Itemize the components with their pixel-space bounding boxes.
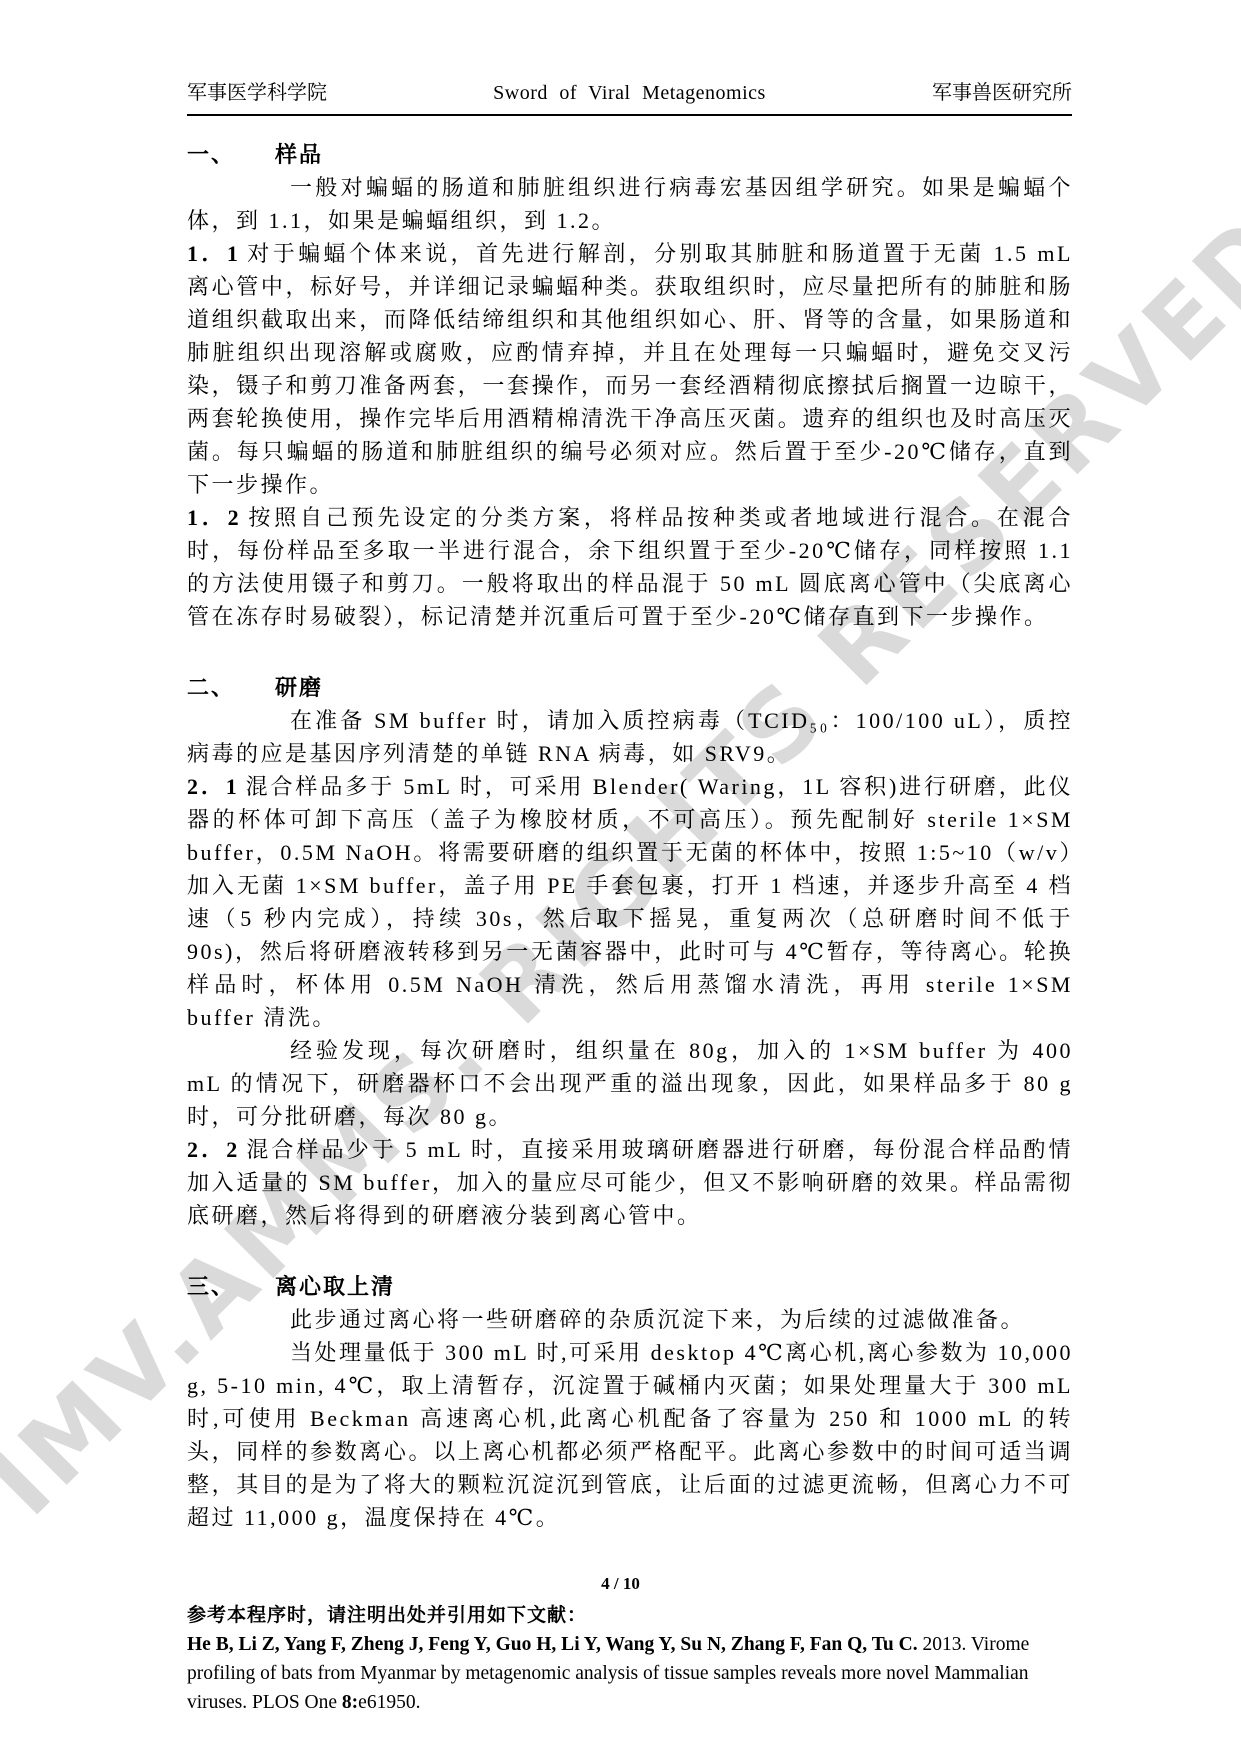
paragraph-number: 1．2 (187, 505, 241, 530)
paragraph-text: 按照自己预先设定的分类方案，将样品按种类或者地域进行混合。在混合时，每份样品至多… (187, 505, 1073, 629)
section-samples: 一、样品 一般对蝙蝠的肠道和肺脏组织进行病毒宏基因组学研究。如果是蝙蝠个体，到 … (187, 138, 1073, 633)
paragraph: 在准备 SM buffer 时，请加入质控病毒（TCID₅₀：100/100 u… (187, 704, 1073, 770)
paragraph-number: 1．1 (187, 241, 240, 266)
paragraph: 1．1对于蝙蝠个体来说，首先进行解剖，分别取其肺脏和肠道置于无菌 1.5 mL … (187, 237, 1073, 501)
paragraph: 1．2按照自己预先设定的分类方案，将样品按种类或者地域进行混合。在混合时，每份样… (187, 501, 1073, 633)
page-header: 军事医学科学院 Sword of Viral Metagenomics 军事兽医… (187, 76, 1072, 116)
section-grinding: 二、研磨 在准备 SM buffer 时，请加入质控病毒（TCID₅₀：100/… (187, 671, 1073, 1232)
citation-note: 参考本程序时，请注明出处并引用如下文献： (187, 1601, 1077, 1630)
paragraph: 2．1混合样品多于 5mL 时，可采用 Blender( Waring，1L 容… (187, 770, 1073, 1034)
paragraph-text: 经验发现，每次研磨时，组织量在 80g，加入的 1×SM buffer 为 40… (187, 1038, 1073, 1129)
section-title: 样品 (275, 142, 323, 167)
section-heading: 三、离心取上清 (187, 1270, 1073, 1303)
document-title: Sword of Viral Metagenomics (493, 82, 766, 105)
paragraph-text: 混合样品多于 5mL 时，可采用 Blender( Waring，1L 容积)进… (187, 774, 1073, 1030)
paragraph-number: 2．1 (187, 774, 239, 799)
document-body: 一、样品 一般对蝙蝠的肠道和肺脏组织进行病毒宏基因组学研究。如果是蝙蝠个体，到 … (187, 138, 1073, 1534)
paragraph: 经验发现，每次研磨时，组织量在 80g，加入的 1×SM buffer 为 40… (187, 1034, 1073, 1133)
citation-authors: He B, Li Z, Yang F, Zheng J, Feng Y, Guo… (187, 1634, 918, 1655)
paragraph-text: 此步通过离心将一些研磨碎的杂质沉淀下来，为后续的过滤做准备。 (290, 1307, 1025, 1332)
paragraph-number: 2．2 (187, 1137, 240, 1162)
paragraph: 此步通过离心将一些研磨碎的杂质沉淀下来，为后续的过滤做准备。 (187, 1303, 1073, 1336)
citation-pages: e61950. (358, 1692, 420, 1713)
institution-left: 军事医学科学院 (187, 76, 327, 105)
paragraph: 2．2混合样品少于 5 mL 时，直接采用玻璃研磨器进行研磨，每份混合样品酌情加… (187, 1133, 1073, 1232)
paragraph-text: 对于蝙蝠个体来说，首先进行解剖，分别取其肺脏和肠道置于无菌 1.5 mL 离心管… (187, 241, 1073, 497)
section-centrifugation: 三、离心取上清 此步通过离心将一些研磨碎的杂质沉淀下来，为后续的过滤做准备。 当… (187, 1270, 1073, 1534)
section-number: 二、 (187, 671, 275, 704)
paragraph-text: 当处理量低于 300 mL 时,可采用 desktop 4℃离心机,离心参数为 … (187, 1340, 1073, 1530)
paragraph-text: 一般对蝙蝠的肠道和肺脏组织进行病毒宏基因组学研究。如果是蝙蝠个体，到 1.1，如… (187, 175, 1073, 233)
paragraph: 当处理量低于 300 mL 时,可采用 desktop 4℃离心机,离心参数为 … (187, 1336, 1073, 1534)
citation-volume: 8: (342, 1692, 358, 1713)
institution-right: 军事兽医研究所 (932, 76, 1072, 105)
section-title: 研磨 (275, 675, 323, 700)
citation: He B, Li Z, Yang F, Zheng J, Feng Y, Guo… (187, 1630, 1077, 1717)
section-number: 一、 (187, 138, 275, 171)
page-footer: 参考本程序时，请注明出处并引用如下文献： He B, Li Z, Yang F,… (187, 1601, 1077, 1717)
page-number: 4 / 10 (0, 1574, 1241, 1594)
section-number: 三、 (187, 1270, 275, 1303)
document-page: IMV.AMMS. RIGHTS RESERVED 军事医学科学院 Sword … (0, 0, 1241, 1754)
section-title: 离心取上清 (275, 1274, 395, 1299)
paragraph-text: 在准备 SM buffer 时，请加入质控病毒（TCID₅₀：100/100 u… (187, 708, 1073, 766)
paragraph: 一般对蝙蝠的肠道和肺脏组织进行病毒宏基因组学研究。如果是蝙蝠个体，到 1.1，如… (187, 171, 1073, 237)
paragraph-text: 混合样品少于 5 mL 时，直接采用玻璃研磨器进行研磨，每份混合样品酌情加入适量… (187, 1137, 1073, 1228)
section-heading: 二、研磨 (187, 671, 1073, 704)
section-heading: 一、样品 (187, 138, 1073, 171)
